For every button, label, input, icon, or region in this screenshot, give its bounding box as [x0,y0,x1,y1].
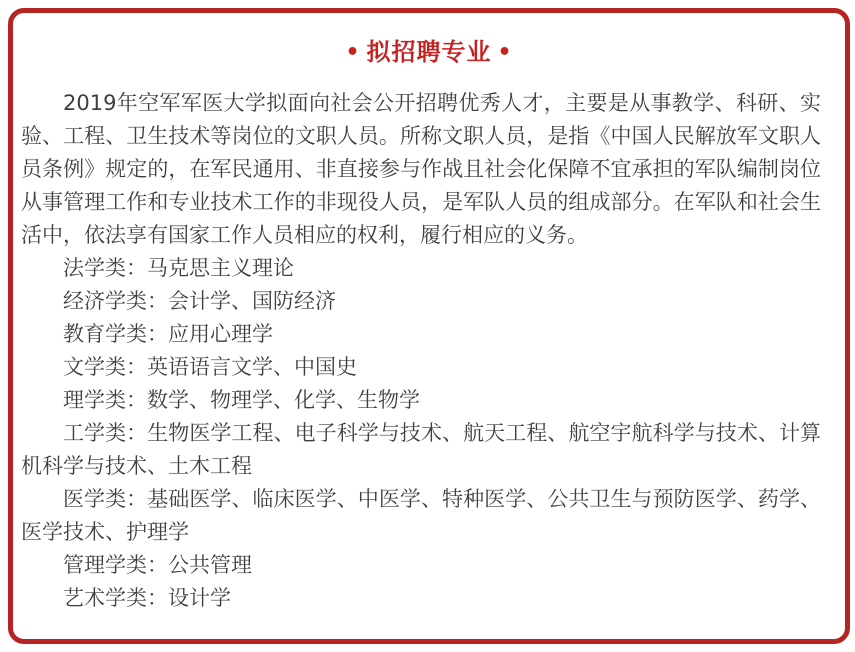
title-right-bullet-icon: • [498,40,513,65]
recruitment-notice-panel: •拟招聘专业• 2019年空军军医大学拟面向社会公开招聘优秀人才，主要是从事教学… [8,8,850,644]
category-line-literature: 文学类：英语语言文学、中国史 [21,351,821,384]
category-line-engineering: 工学类：生物医学工程、电子科学与技术、航天工程、航空宇航科学与技术、计算机科学与… [21,417,821,483]
section-title: •拟招聘专业• [13,13,845,65]
category-line-science: 理学类：数学、物理学、化学、生物学 [21,384,821,417]
title-left-bullet-icon: • [345,40,360,65]
category-line-education: 教育学类：应用心理学 [21,318,821,351]
category-line-economics: 经济学类：会计学、国防经济 [21,285,821,318]
category-line-art: 艺术学类：设计学 [21,582,821,615]
category-line-management: 管理学类：公共管理 [21,549,821,582]
category-line-medicine: 医学类：基础医学、临床医学、中医学、特种医学、公共卫生与预防医学、药学、医学技术… [21,483,821,549]
intro-paragraph: 2019年空军军医大学拟面向社会公开招聘优秀人才，主要是从事教学、科研、实验、工… [21,87,821,252]
section-title-text: 拟招聘专业 [367,38,492,66]
category-line-law: 法学类：马克思主义理论 [21,252,821,285]
notice-body: 2019年空军军医大学拟面向社会公开招聘优秀人才，主要是从事教学、科研、实验、工… [13,87,845,615]
